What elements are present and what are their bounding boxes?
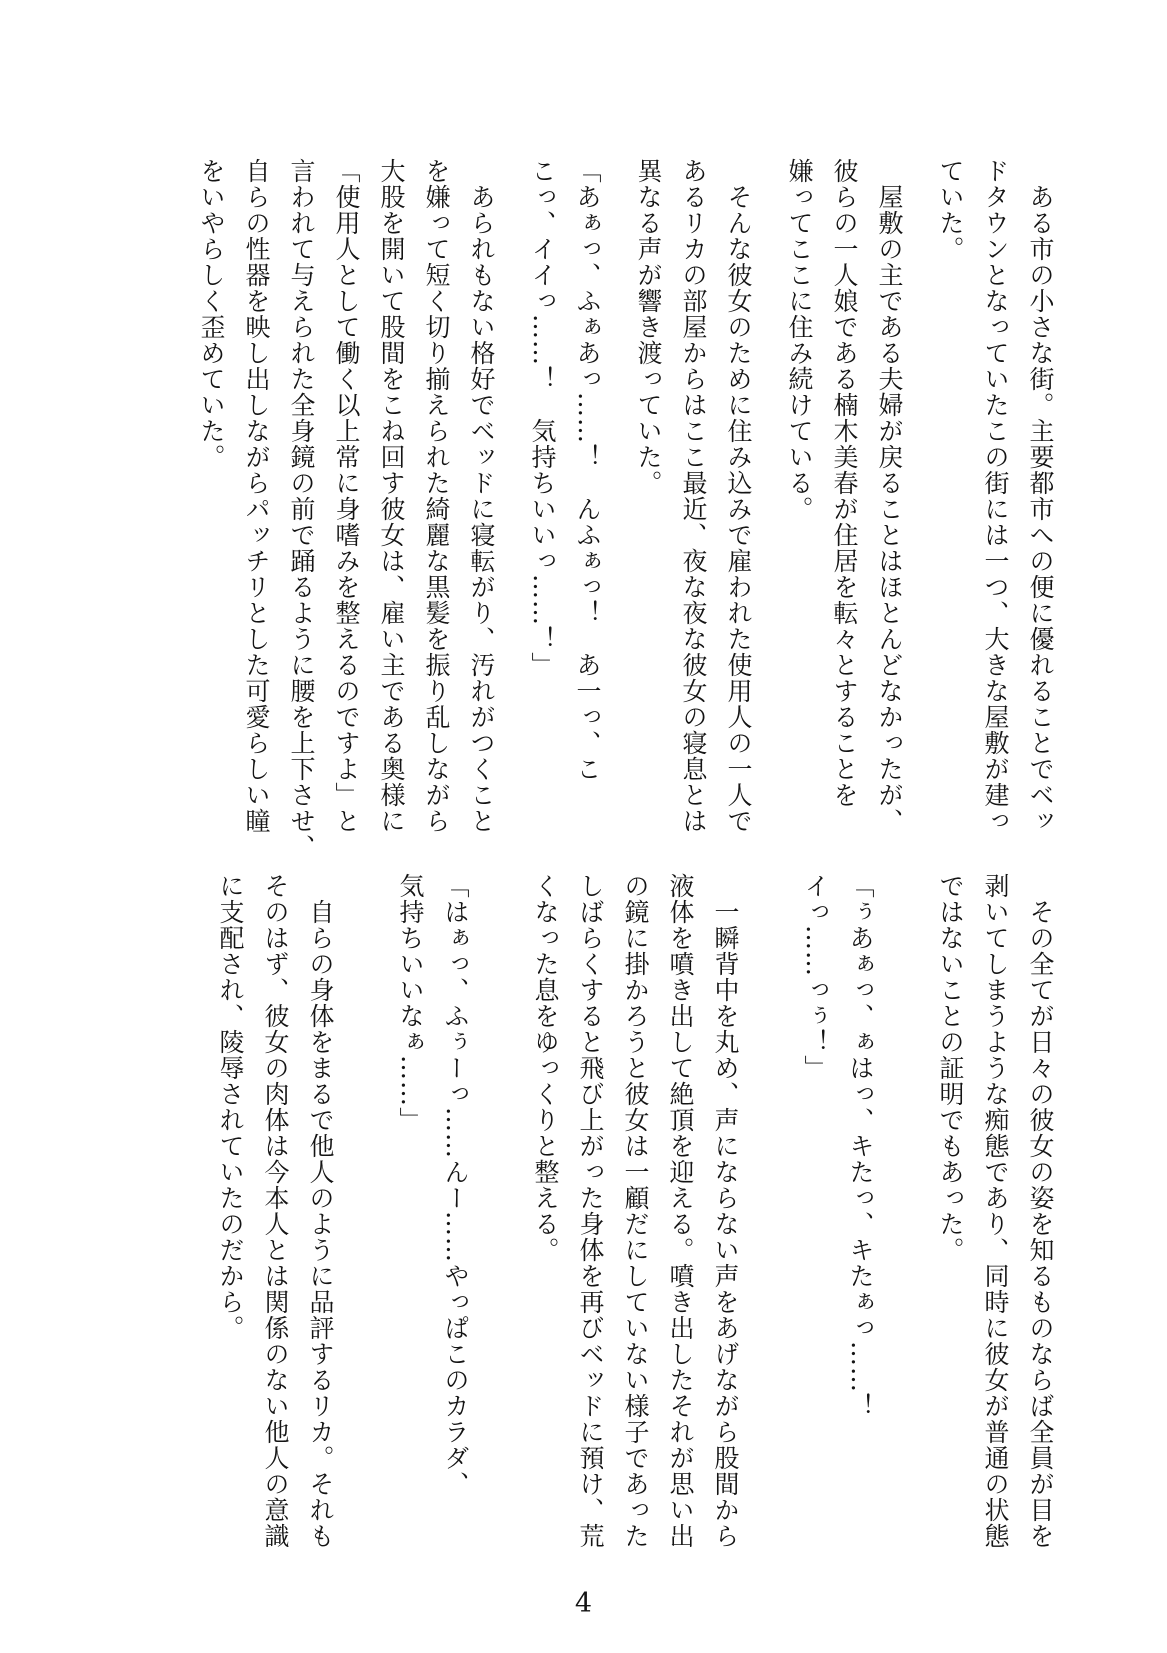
text-line: 「あぁっ、ふぁあっ……！ んふぁっ！ あ一っ、こ xyxy=(565,158,610,860)
paragraph: そんな彼女のために住み込みで雇われた使用人の一人であるリカの部屋からはここ最近、… xyxy=(626,158,761,860)
text-line: そんな彼女のために住み込みで雇われた使用人の一人で xyxy=(716,158,761,860)
text-line: ドタウンとなっていたこの街には一つ、大きな屋敷が建っ xyxy=(973,158,1018,860)
text-line: 言われて与えられた全身鏡の前で踊るように腰を上下させ、 xyxy=(279,158,324,860)
text-line: こっ、イイっ……！ 気持ちいいっ……！」 xyxy=(520,158,565,860)
text-line: の鏡に掛かろうと彼女は一顧だにしていない様子であった xyxy=(613,873,658,1549)
text-line: 剥いてしまうような痴態であり、同時に彼女が普通の状態 xyxy=(973,873,1018,1549)
text-line: ではないことの証明でもあった。 xyxy=(928,873,973,1549)
text-line: 「ぅあぁっ、ぁはっ、キたっ、キたぁっ……！ xyxy=(838,873,883,1549)
text-line: を嫌って短く切り揃えられた綺麗な黒髪を振り乱しながら xyxy=(414,158,459,860)
text-line: 彼らの一人娘である楠木美春が住居を転々とすることを xyxy=(822,158,867,860)
text-line: 液体を噴き出して絶頂を迎える。噴き出したそれが思い出 xyxy=(658,873,703,1549)
paragraph: 屋敷の主である夫婦が戻ることはほとんどなかったが、彼らの一人娘である楠木美春が住… xyxy=(777,158,912,860)
text-line: 一瞬背中を丸め、声にならない声をあげながら股間から xyxy=(703,873,748,1549)
text-line: 屋敷の主である夫婦が戻ることはほとんどなかったが、 xyxy=(867,158,912,860)
text-block-top: ある市の小さな街。主要都市への便に優れることでベッドタウンとなっていたこの街には… xyxy=(189,158,1063,860)
text-line: ある市の小さな街。主要都市への便に優れることでベッ xyxy=(1018,158,1063,860)
text-line: 自らの性器を映し出しながらパッチリとした可愛らしい瞳 xyxy=(234,158,279,860)
paragraph: ある市の小さな街。主要都市への便に優れることでベッドタウンとなっていたこの街には… xyxy=(928,158,1063,860)
text-line: 自らの身体をまるで他人のように品評するリカ。それも xyxy=(298,873,343,1549)
text-line: その全てが日々の彼女の姿を知るものならば全員が目を xyxy=(1018,873,1063,1549)
paragraph: 「はぁっ、ふぅーっ……んー……やっぱこのカラダ、気持ちいいなぁ……」 xyxy=(388,873,478,1549)
text-line: あられもない格好でベッドに寝転がり、汚れがつくこと xyxy=(459,158,504,860)
text-line: 大股を開いて股間をこね回す彼女は、雇い主である奥様に xyxy=(369,158,414,860)
document-page: ある市の小さな街。主要都市への便に優れることでベッドタウンとなっていたこの街には… xyxy=(0,0,1167,1653)
text-line: に支配され、陵辱されていたのだから。 xyxy=(208,873,253,1549)
paragraph: あられもない格好でベッドに寝転がり、汚れがつくことを嫌って短く切り揃えられた綺麗… xyxy=(189,158,504,860)
text-line: そのはず、彼女の肉体は今本人とは関係のない他人の意識 xyxy=(253,873,298,1549)
text-line: をいやらしく歪めていた。 xyxy=(189,158,234,860)
paragraph: 「あぁっ、ふぁあっ……！ んふぁっ！ あ一っ、ここっ、イイっ……！ 気持ちいいっ… xyxy=(520,158,610,860)
text-line: ていた。 xyxy=(928,158,973,860)
text-line: イっ……っぅ！」 xyxy=(793,873,838,1549)
text-line: 異なる声が響き渡っていた。 xyxy=(626,158,671,860)
text-line: 気持ちいいなぁ……」 xyxy=(388,873,433,1549)
paragraph: 「ぅあぁっ、ぁはっ、キたっ、キたぁっ……！イっ……っぅ！」 xyxy=(793,873,883,1549)
paragraph: 一瞬背中を丸め、声にならない声をあげながら股間から液体を噴き出して絶頂を迎える。… xyxy=(523,873,748,1549)
paragraph: その全てが日々の彼女の姿を知るものならば全員が目を剥いてしまうような痴態であり、… xyxy=(928,873,1063,1549)
text-line: 「使用人として働く以上常に身嗜みを整えるのですよ」と xyxy=(324,158,369,860)
text-line: 嫌ってここに住み続けている。 xyxy=(777,158,822,860)
text-block-bottom: その全てが日々の彼女の姿を知るものならば全員が目を剥いてしまうような痴態であり、… xyxy=(208,873,1063,1549)
paragraph: 自らの身体をまるで他人のように品評するリカ。それもそのはず、彼女の肉体は今本人と… xyxy=(208,873,343,1549)
text-line: あるリカの部屋からはここ最近、夜な夜な彼女の寝息とは xyxy=(671,158,716,860)
text-line: くなった息をゆっくりと整える。 xyxy=(523,873,568,1549)
text-line: 「はぁっ、ふぅーっ……んー……やっぱこのカラダ、 xyxy=(433,873,478,1549)
page-number: 4 xyxy=(0,1588,1167,1619)
text-line: しばらくすると飛び上がった身体を再びベッドに預け、荒 xyxy=(568,873,613,1549)
